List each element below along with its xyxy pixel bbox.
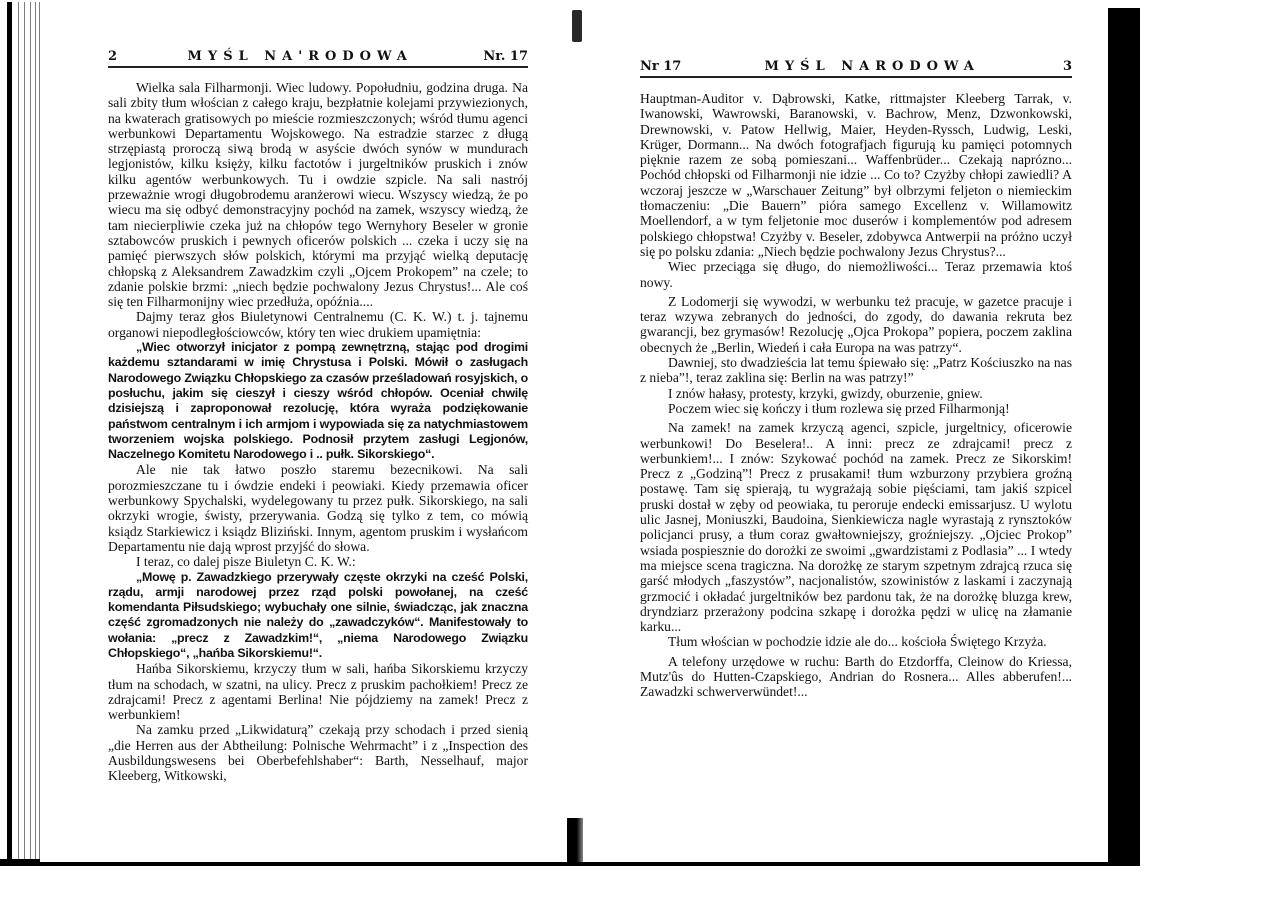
article-body: Wielka sala Filharmonji. Wiec ludowy. Po… [108,80,528,784]
quoted-paragraph: „Wiec otworzył inicjator z pompą zewnętr… [108,340,528,462]
paragraph: Dajmy teraz głos Biuletynowi Centralnemu… [108,309,528,340]
page-number: 2 [108,49,117,64]
paragraph: Tłum włościan w pochodzie idzie ale do..… [640,634,1072,649]
paragraph: Wielka sala Filharmonji. Wiec ludowy. Po… [108,80,528,309]
paragraph: Poczem wiec się kończy i tłum rozlewa si… [640,401,1072,416]
paragraph: A telefony urzędowe w ruchu: Barth do Et… [640,654,1072,700]
book-spine-edge [0,2,40,864]
scan-right-border [1108,8,1140,864]
publication-title: MYŚL NA'RODOWA [188,49,413,64]
header-rule [108,66,528,68]
paragraph: I znów hałasy, protesty, krzyki, gwizdy,… [640,386,1072,401]
paragraph: Ale nie tak łatwo poszło staremu bezecni… [108,462,528,554]
page-edge-line [18,2,19,864]
paragraph: Z Lodomerji się wywodzi, w werbunku też … [640,294,1072,355]
paragraph: Hauptman-Auditor v. Dąbrowski, Katke, ri… [640,91,1072,259]
paragraph: Dawniej, sto dwadzieścia lat temu śpiewa… [640,355,1072,386]
article-body: Hauptman-Auditor v. Dąbrowski, Katke, ri… [640,91,1072,700]
paragraph: Wiec przeciąga się długo, do niemożliwoś… [640,259,1072,290]
page-edge-line [24,2,25,864]
paragraph: I teraz, co dalej pisze Biuletyn C. K. W… [108,554,528,569]
running-header: Nr 17 MYŚL NARODOWA 3 [640,56,1072,74]
page-edge-line [35,2,36,864]
page-edge-line [39,2,40,864]
paragraph: Hańba Sikorskiemu, krzyczy tłum w sali, … [108,661,528,722]
page-edge-line [30,2,31,864]
paragraph: Na zamku przed „Likwidaturą” czekają prz… [108,722,528,783]
spine-bar [7,2,12,864]
quoted-paragraph: „Mowę p. Zawadzkiego przerywały częste o… [108,570,528,662]
page-number: 3 [1063,59,1072,74]
center-fold-mark-top [572,10,582,42]
header-rule [640,76,1072,78]
scan-bottom-border [0,862,1140,866]
publication-title: MYŚL NARODOWA [765,59,980,74]
issue-number: Nr 17 [640,59,681,74]
paragraph: Na zamek! na zamek krzyczą agenci, szpic… [640,420,1072,634]
issue-number: Nr. 17 [483,49,528,64]
center-fold-shadow-bottom [567,818,583,862]
running-header: 2 MYŚL NA'RODOWA Nr. 17 [108,46,528,64]
